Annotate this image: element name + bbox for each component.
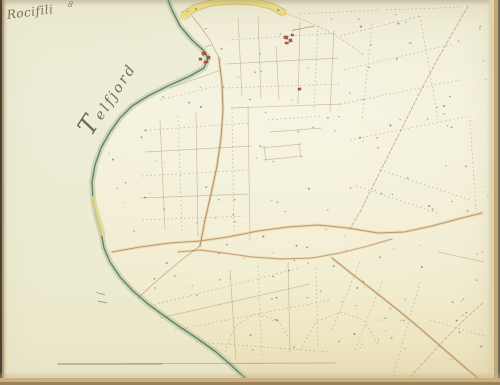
- texture-dot: [260, 53, 261, 54]
- texture-dot: [462, 315, 463, 316]
- texture-dot: [271, 200, 272, 201]
- texture-dot: [265, 112, 266, 113]
- texture-dot: [385, 330, 386, 331]
- parcel-line-dashed: [340, 16, 420, 36]
- texture-dot: [400, 320, 401, 321]
- parcel-line: [262, 144, 302, 148]
- parcel-line-dashed: [380, 170, 470, 200]
- texture-dot: [252, 349, 253, 350]
- texture-dot: [272, 320, 273, 321]
- texture-dot: [361, 344, 362, 345]
- texture-dot: [445, 165, 447, 167]
- texture-dot: [358, 19, 360, 21]
- parcel-line-dashed: [332, 262, 360, 330]
- texture-dot: [260, 71, 262, 73]
- texture-mark: [341, 301, 344, 302]
- texture-dot: [125, 182, 127, 184]
- texture-dot: [405, 21, 406, 22]
- texture-dot: [356, 287, 358, 289]
- road-vertical-halo: [200, 58, 223, 246]
- texture-dot: [273, 252, 274, 253]
- texture-dot: [320, 290, 322, 292]
- parcel-line-dashed: [142, 170, 250, 176]
- texture-dot: [249, 99, 251, 101]
- texture-dot: [219, 279, 221, 281]
- texture-dot: [232, 214, 234, 216]
- texture-dot: [395, 14, 396, 15]
- texture-mark: [312, 127, 315, 129]
- road-top-right-branch: [284, 13, 364, 55]
- parcel-line-dashed: [420, 16, 438, 118]
- texture-dot: [288, 270, 290, 272]
- texture-mark: [233, 221, 236, 223]
- texture-dot: [133, 230, 135, 232]
- texture-dot: [350, 187, 351, 188]
- parcel-line-dashed: [300, 10, 380, 14]
- texture-dot: [163, 208, 165, 210]
- texture-dot: [108, 153, 109, 154]
- parcel-line-dashed: [300, 312, 378, 350]
- building-rect: [284, 36, 288, 39]
- texture-dot: [276, 297, 278, 299]
- texture-dot: [349, 92, 351, 94]
- parcel-line-dashed: [392, 282, 420, 380]
- parcel-line: [298, 22, 300, 104]
- parcel-line: [263, 156, 303, 160]
- texture-dot: [273, 161, 275, 163]
- texture-dot: [482, 251, 484, 253]
- texture-dot: [451, 201, 452, 202]
- texture-dot: [155, 161, 156, 162]
- texture-dot: [331, 19, 333, 21]
- texture-dot: [485, 287, 486, 288]
- shore-farm-scribble: [205, 45, 211, 47]
- texture-dot: [205, 186, 207, 188]
- texture-dot: [407, 177, 409, 179]
- texture-dot: [291, 99, 293, 101]
- texture-mark: [370, 44, 373, 45]
- texture-dot: [223, 86, 224, 87]
- texture-mark: [306, 297, 309, 299]
- parcel-line: [258, 16, 261, 98]
- texture-dot: [153, 278, 155, 280]
- texture-mark: [443, 114, 445, 115]
- building-rect: [207, 56, 210, 59]
- texture-dot: [451, 126, 453, 128]
- parcel-line-dashed: [150, 123, 250, 130]
- texture-mark: [237, 76, 239, 77]
- texture-dot: [362, 141, 363, 142]
- parcel-line: [270, 128, 322, 132]
- building-rect: [202, 52, 206, 56]
- texture-dot: [307, 263, 309, 265]
- map-canvas: [0, 0, 500, 385]
- texture-dot: [140, 136, 142, 138]
- parcel-line-dashed: [258, 266, 262, 356]
- texture-dot: [449, 96, 451, 98]
- texture-mark: [325, 229, 328, 231]
- parcel-line-dashed: [356, 186, 440, 214]
- parcel-line: [230, 270, 236, 360]
- texture-dot: [284, 211, 286, 213]
- road-se-diagonal: [332, 258, 479, 379]
- texture-dot: [166, 262, 168, 264]
- texture-dot: [145, 129, 147, 131]
- texture-dot: [344, 235, 345, 236]
- texture-dot: [293, 346, 295, 348]
- road-to-shore: [138, 246, 200, 298]
- texture-dot: [192, 285, 193, 286]
- parcel-line-dashed: [470, 120, 476, 210]
- texture-dot: [405, 348, 407, 350]
- texture-dot: [436, 106, 438, 108]
- parcel-line: [288, 262, 290, 352]
- texture-dot: [392, 194, 394, 196]
- texture-mark: [116, 188, 119, 190]
- texture-dot: [456, 320, 458, 322]
- texture-dot: [327, 209, 329, 211]
- texture-dot: [333, 265, 335, 267]
- texture-dot: [162, 96, 164, 98]
- texture-dot: [338, 116, 340, 118]
- texture-dot: [404, 298, 406, 300]
- texture-dot: [345, 276, 346, 277]
- texture-dot: [306, 247, 308, 249]
- texture-dot: [459, 331, 461, 333]
- parcel-line: [140, 194, 248, 198]
- parcel-line: [238, 18, 242, 96]
- texture-dot: [485, 186, 486, 187]
- texture-dot: [297, 130, 299, 132]
- texture-dot: [381, 193, 383, 195]
- texture-dot: [280, 33, 282, 35]
- parcel-line: [226, 58, 338, 64]
- texture-dot: [476, 253, 477, 254]
- texture-dot: [276, 201, 278, 203]
- parcel-line-dashed: [142, 216, 246, 220]
- texture-dot: [364, 287, 365, 288]
- texture-dot: [353, 333, 355, 335]
- water-area: [0, 0, 251, 385]
- texture-dot: [276, 319, 278, 321]
- texture-dot: [221, 48, 223, 50]
- texture-dot: [215, 217, 217, 219]
- parcel-line-dashed: [228, 33, 336, 40]
- texture-dot: [476, 279, 478, 281]
- texture-dot: [479, 28, 480, 29]
- texture-dot: [485, 79, 486, 80]
- parcel-line-dashed: [344, 44, 452, 70]
- texture-dot: [257, 298, 258, 299]
- texture-dot: [144, 197, 146, 199]
- texture-mark: [205, 28, 208, 30]
- texture-dot: [420, 245, 421, 246]
- texture-dot: [447, 125, 448, 126]
- texture-dot: [200, 106, 202, 108]
- building-rect: [298, 88, 301, 91]
- parcel-line-dashed: [316, 268, 318, 348]
- texture-dot: [399, 119, 400, 120]
- texture-dot: [112, 158, 114, 160]
- texture-mark: [377, 147, 380, 149]
- texture-dot: [294, 260, 295, 261]
- texture-dot: [427, 118, 429, 120]
- texture-dot: [154, 287, 156, 289]
- texture-dot: [452, 301, 454, 303]
- parcel-line: [276, 46, 279, 100]
- parcel-line-dashed: [175, 300, 330, 330]
- texture-mark: [187, 11, 189, 12]
- texture-dot: [124, 202, 125, 203]
- building-rect: [285, 42, 288, 44]
- texture-dot: [196, 222, 197, 223]
- building-rect: [289, 39, 292, 42]
- texture-dot: [458, 41, 459, 42]
- texture-dot: [200, 87, 201, 88]
- texture-dot: [450, 359, 451, 360]
- texture-dot: [254, 71, 256, 73]
- texture-dot: [480, 26, 481, 27]
- texture-dot: [443, 105, 445, 107]
- building-rect: [204, 61, 208, 63]
- texture-dot: [307, 67, 309, 69]
- texture-dot: [381, 319, 382, 320]
- farm-name-scribble: [292, 26, 314, 31]
- texture-dot: [164, 162, 165, 163]
- texture-dot: [308, 188, 310, 190]
- texture-dot: [391, 337, 393, 339]
- parcel-line-dashed: [268, 116, 320, 120]
- texture-dot: [188, 102, 190, 104]
- texture-dot: [396, 58, 398, 60]
- texture-dot: [487, 196, 488, 197]
- texture-mark: [272, 276, 274, 277]
- texture-dot: [483, 60, 484, 61]
- building-rect: [291, 34, 294, 36]
- scanned-map-page: 8 Rocifili Telfjord: [0, 0, 500, 385]
- texture-dot: [421, 266, 423, 268]
- texture-dot: [359, 137, 361, 139]
- parcel-line: [330, 30, 334, 112]
- texture-dot: [432, 208, 434, 210]
- parcel-line-dashed: [362, 24, 372, 120]
- parcel-line: [196, 112, 198, 236]
- texture-dot: [271, 298, 273, 300]
- texture-dot: [397, 22, 399, 24]
- texture-dot: [360, 25, 362, 27]
- texture-dot: [460, 301, 461, 302]
- texture-dot: [296, 245, 298, 247]
- texture-dot: [359, 347, 360, 348]
- texture-dot: [403, 320, 404, 321]
- texture-dot: [393, 248, 394, 249]
- building-rect: [199, 58, 202, 60]
- texture-dot: [234, 199, 236, 201]
- parcel-line: [231, 104, 342, 108]
- texture-dot: [149, 193, 150, 194]
- texture-dot: [375, 190, 376, 191]
- texture-dot: [376, 137, 378, 139]
- texture-dot: [256, 158, 257, 159]
- parcel-line-dashed: [386, 7, 462, 10]
- texture-dot: [363, 281, 365, 283]
- texture-dot: [368, 67, 369, 68]
- texture-dot: [262, 235, 264, 237]
- road-mid-south-halo: [178, 239, 392, 259]
- texture-dot: [250, 334, 252, 336]
- texture-dot: [389, 124, 391, 126]
- texture-dot: [196, 294, 198, 296]
- texture-dot: [334, 130, 336, 132]
- parcel-line-dashed: [340, 80, 460, 104]
- texture-dot: [384, 317, 386, 319]
- texture-dot: [226, 244, 228, 246]
- texture-dot: [363, 98, 365, 100]
- parcel-line-dashed: [150, 268, 300, 306]
- texture-dot: [218, 199, 220, 201]
- texture-dot: [379, 256, 381, 258]
- parcel-line: [160, 284, 310, 318]
- road-ne-diagonal: [349, 6, 468, 230]
- texture-dot: [390, 308, 392, 310]
- texture-dot: [465, 165, 467, 167]
- texture-dot: [378, 339, 380, 341]
- texture-dot: [465, 312, 467, 314]
- texture-dot: [273, 117, 274, 118]
- texture-dot: [327, 117, 329, 119]
- parcel-line-dashed: [232, 108, 234, 238]
- parcel-line-dashed: [314, 26, 318, 108]
- texture-dot: [243, 258, 244, 259]
- texture-mark: [355, 305, 357, 306]
- texture-dot: [463, 298, 465, 300]
- parcel-line: [248, 106, 250, 240]
- texture-dot: [467, 210, 469, 212]
- texture-dot: [195, 8, 197, 10]
- texture-dot: [218, 253, 220, 255]
- texture-dot: [338, 341, 340, 343]
- texture-dot: [480, 345, 482, 347]
- texture-dot: [428, 205, 430, 207]
- parcel-line-dashed: [430, 320, 484, 336]
- texture-dot: [229, 278, 230, 279]
- texture-dot: [277, 9, 279, 11]
- texture-dot: [259, 145, 261, 147]
- texture-dot: [174, 275, 176, 277]
- texture-dot: [345, 250, 346, 251]
